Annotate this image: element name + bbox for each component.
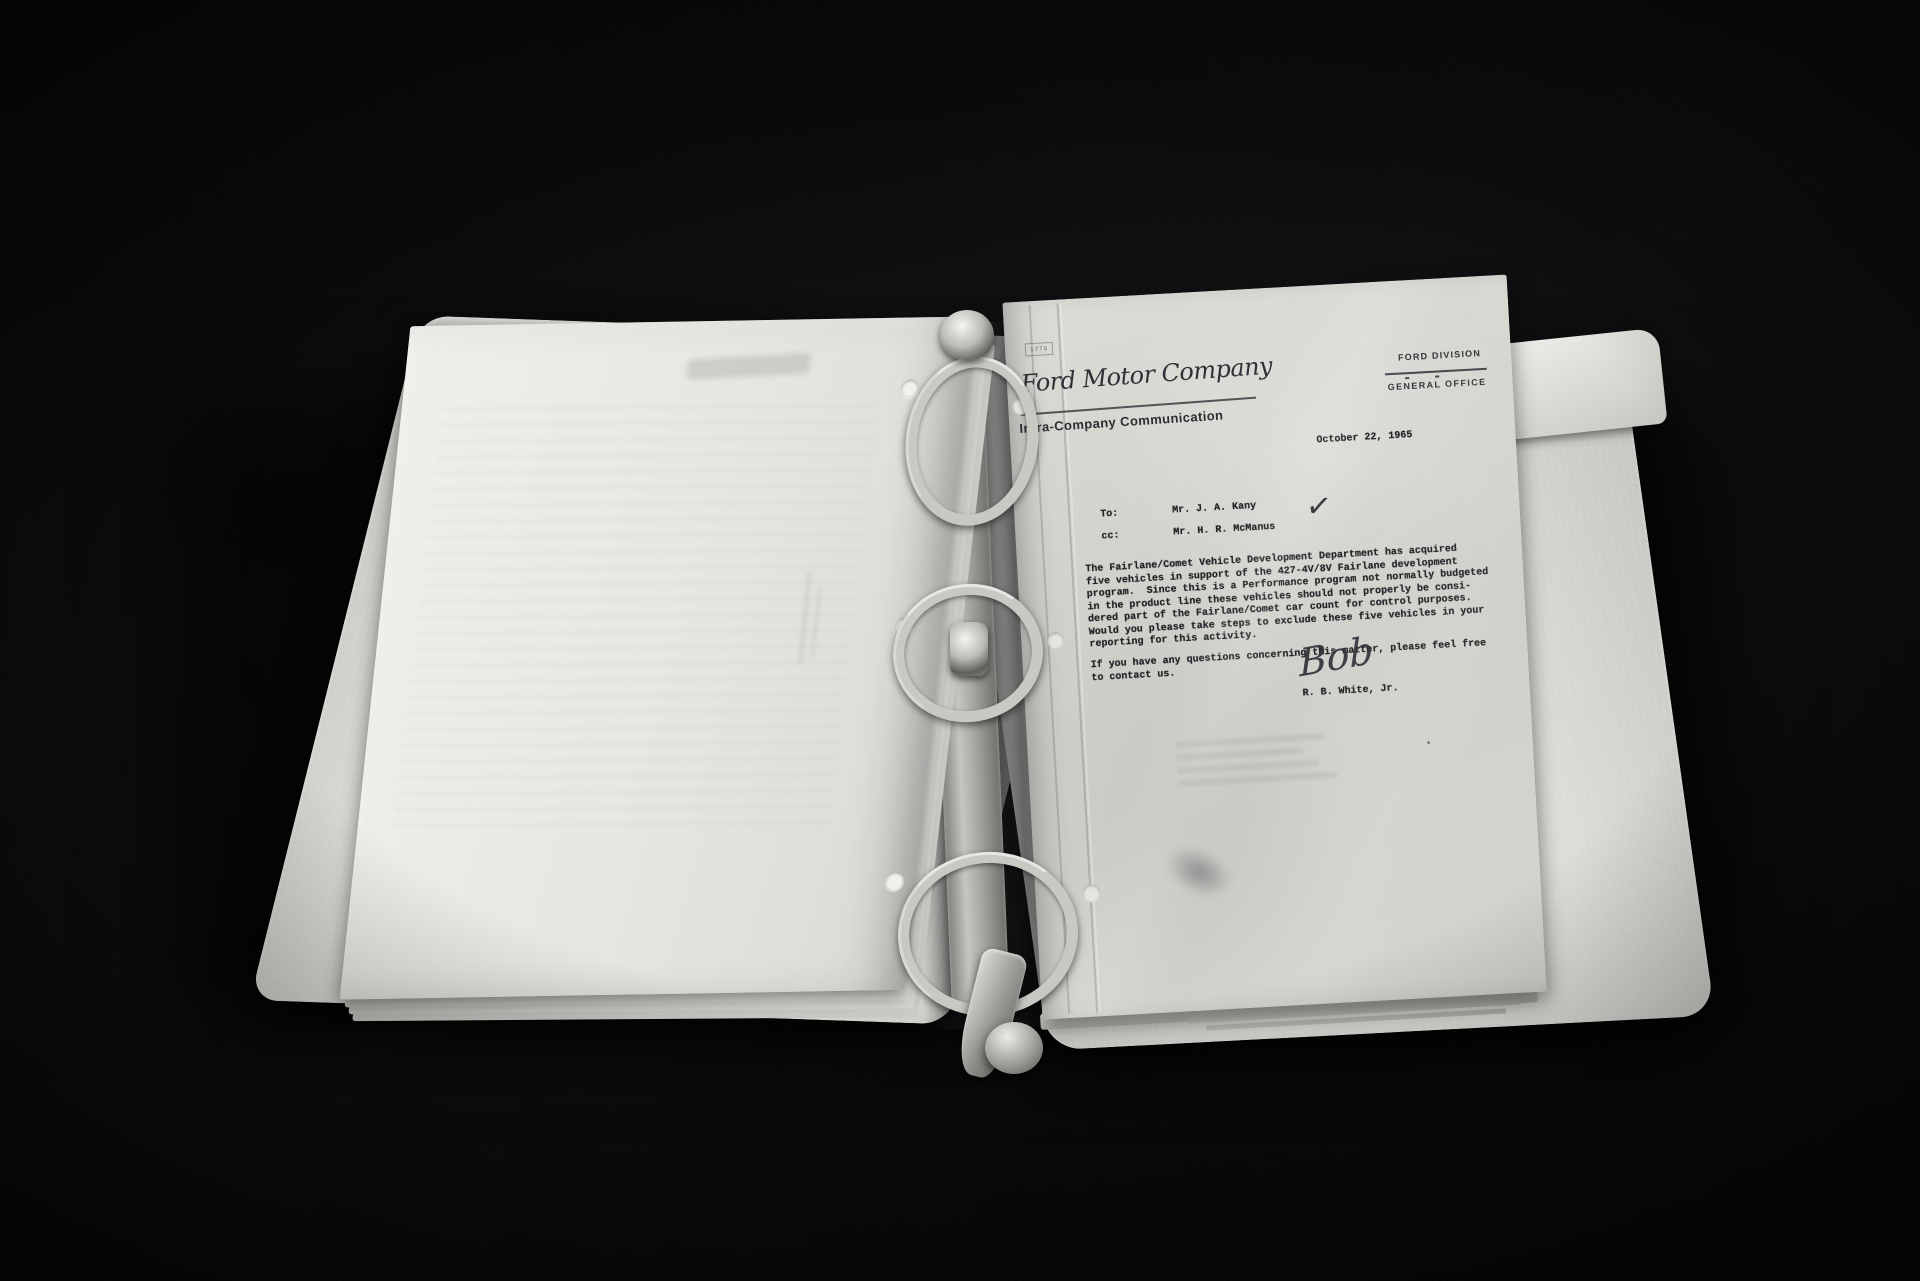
punch-hole <box>1082 884 1101 903</box>
ink-smudge <box>1156 836 1241 908</box>
office-tick-marks <box>1405 377 1409 379</box>
punch-hole <box>884 872 905 891</box>
lever-pivot <box>985 1022 1043 1074</box>
punch-hole <box>1047 632 1065 650</box>
letterhead-company-script: Ford Motor Company <box>1020 352 1273 398</box>
signature-typed: R. B. White, Jr. <box>1302 683 1398 699</box>
letter-date: October 22, 1965 <box>1316 430 1412 446</box>
corner-stamp: 1776 <box>1025 342 1054 357</box>
bleed-through-line <box>1177 760 1319 774</box>
ring-mount-boss-middle <box>950 622 988 676</box>
cc-label: cc: <box>1101 530 1120 542</box>
photo-of-open-binder: 1776 Ford Motor Company Intra-Company Co… <box>0 0 1920 1281</box>
ford-division-label: FORD DIVISION <box>1398 348 1482 363</box>
cover-corner-lip <box>1493 328 1667 441</box>
cc-name: Mr. H. R. McManus <box>1173 522 1275 539</box>
letter-document: 1776 Ford Motor Company Intra-Company Co… <box>1002 274 1546 1019</box>
bleed-through-line <box>1177 772 1337 787</box>
to-label: To: <box>1100 509 1119 521</box>
checkmark-icon: ✓ <box>1304 487 1333 526</box>
bleed-through-line <box>1175 733 1325 747</box>
punch-hole <box>900 379 920 397</box>
ring-mount-boss-top <box>940 310 994 360</box>
to-name: Mr. J. A. Kany <box>1172 501 1256 517</box>
bleed-through-ghost-title <box>687 353 811 379</box>
bleed-through-line <box>1176 748 1304 761</box>
left-page-blank <box>340 316 976 999</box>
bleed-through-name-list <box>1175 733 1338 794</box>
letter-paragraph-1: The Fairlane/Comet Vehicle Development D… <box>1085 541 1501 651</box>
general-office-label: GENERAL OFFICE <box>1387 377 1486 393</box>
division-rule <box>1385 368 1487 376</box>
ink-speckles <box>1428 741 1430 743</box>
